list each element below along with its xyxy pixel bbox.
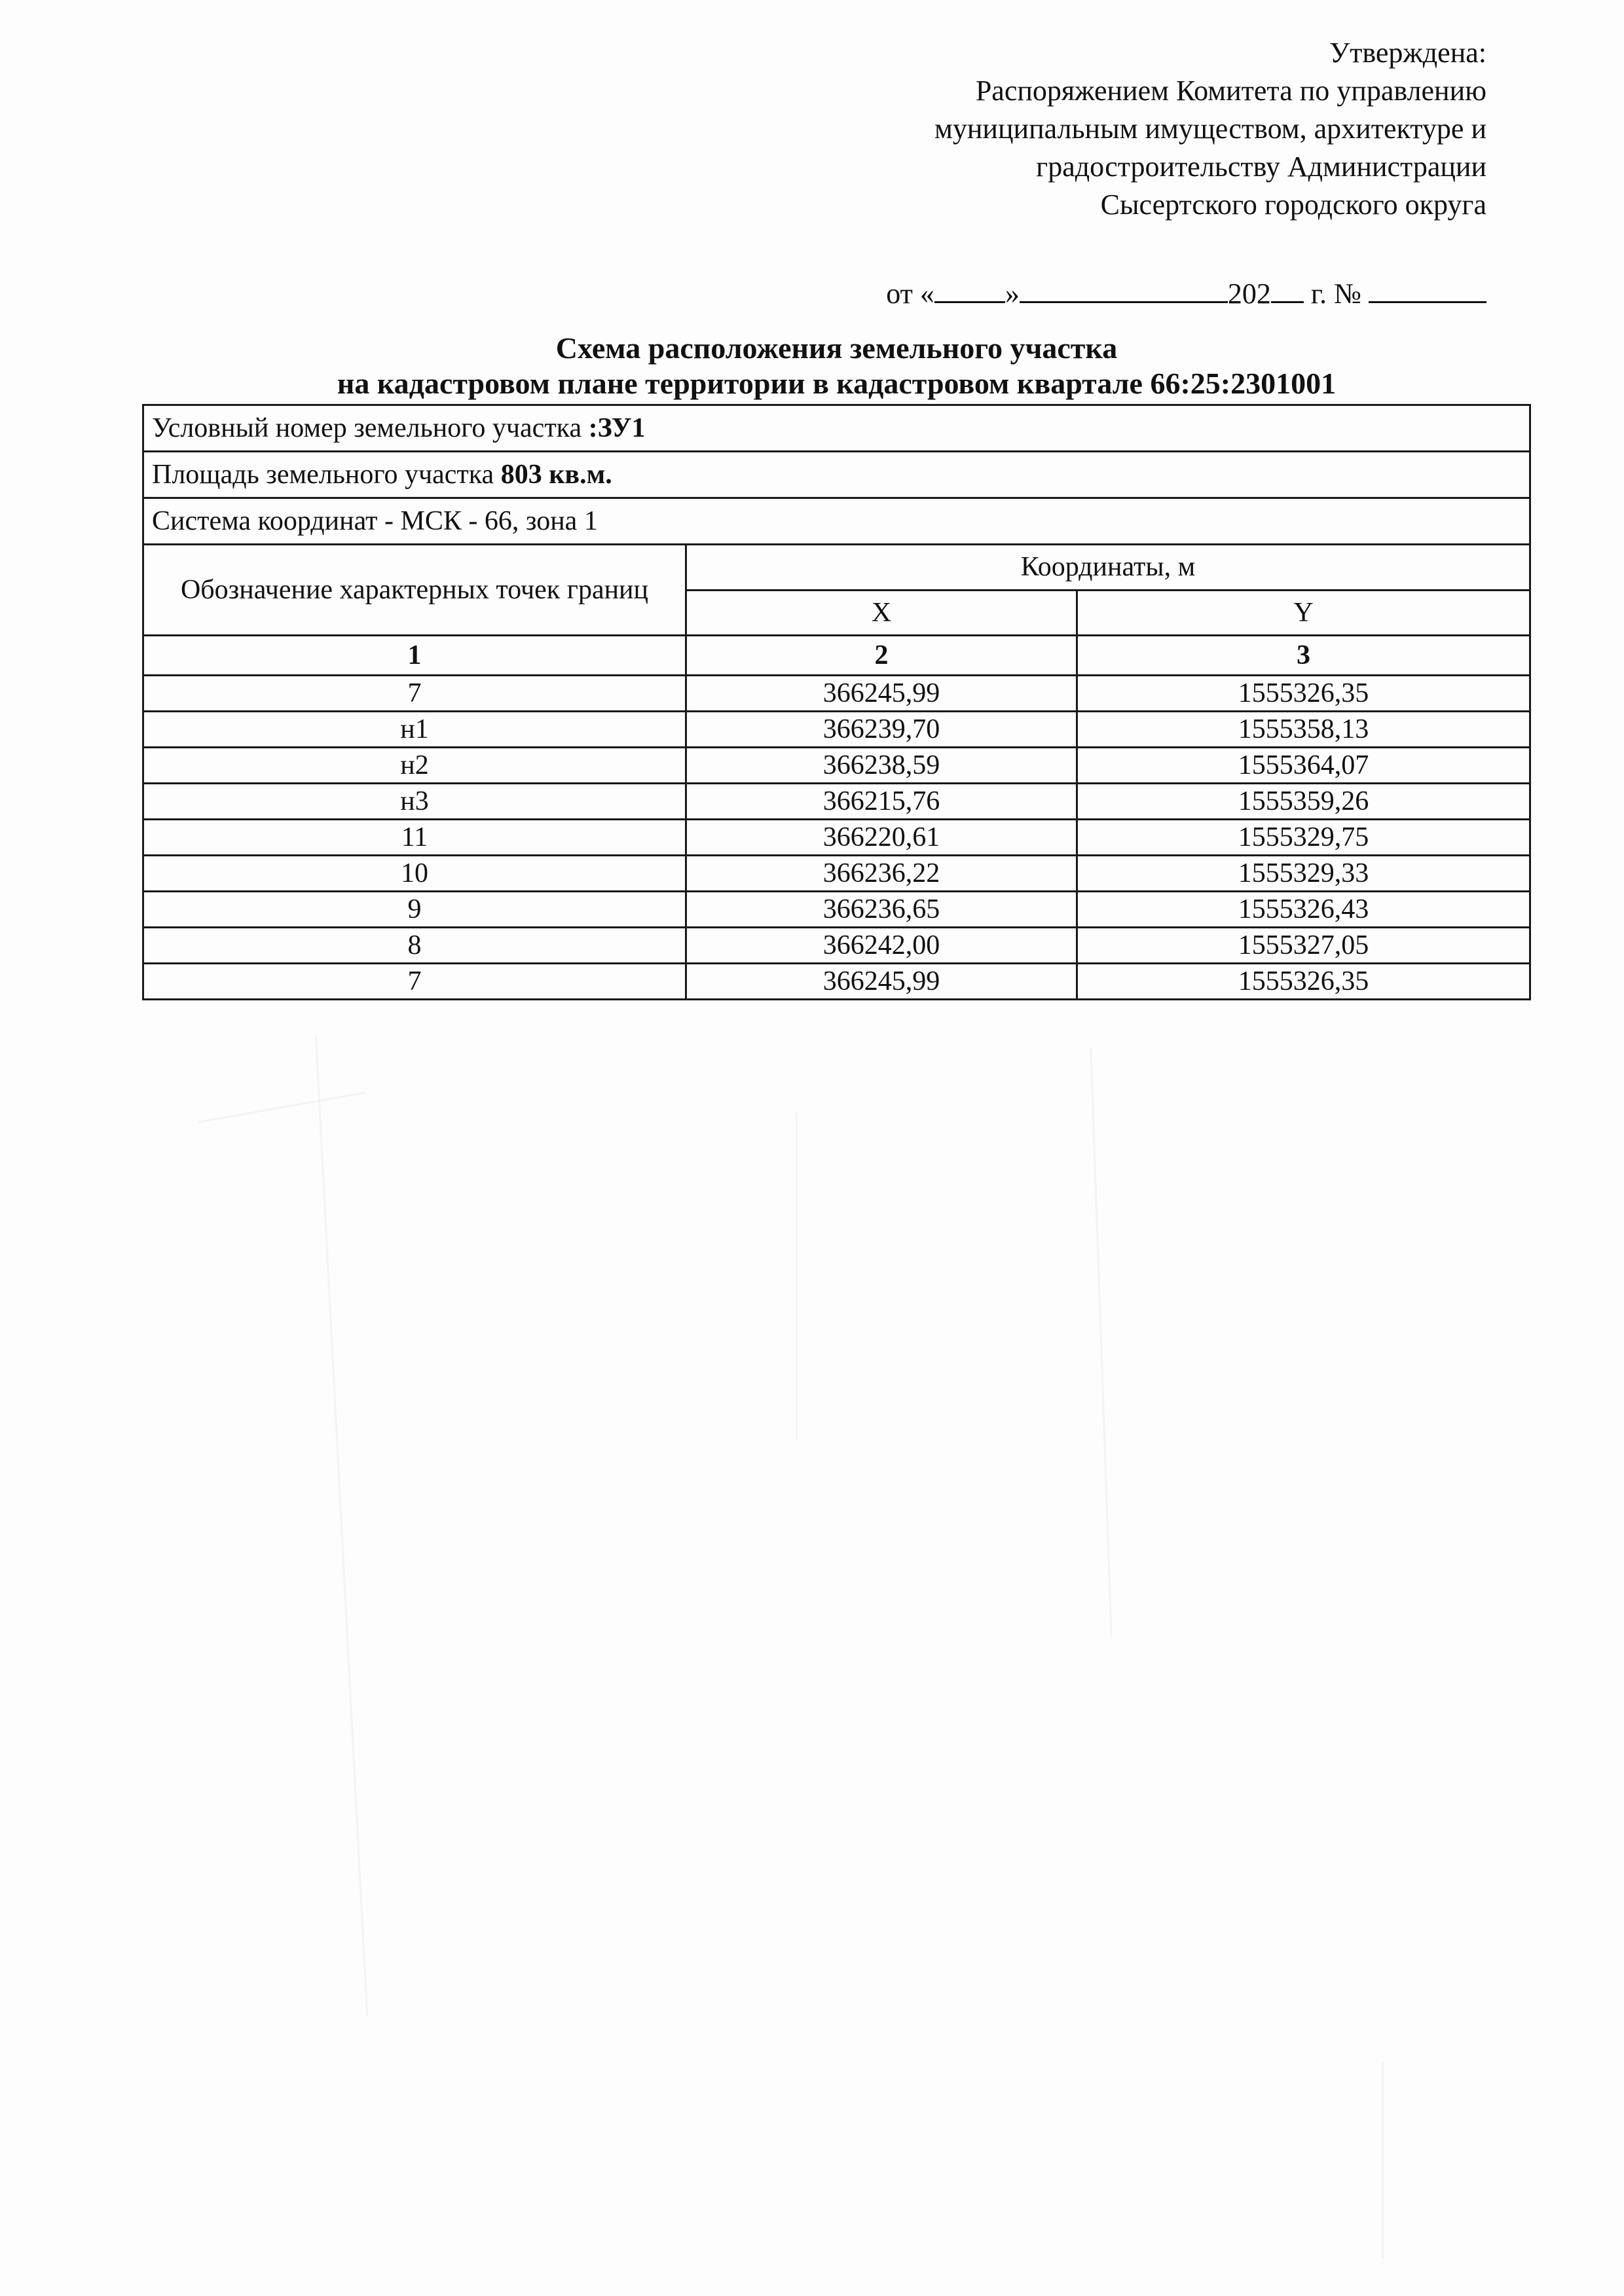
table-row: н1 366239,70 1555358,13 <box>143 712 1530 748</box>
document-page: Утверждена: Распоряжением Комитета по уп… <box>0 0 1624 2296</box>
parcel-area-label: Площадь земельного участка <box>152 460 501 490</box>
point-x: 366236,22 <box>686 856 1077 892</box>
bleed-through-line <box>1090 1048 1112 1637</box>
point-name: 10 <box>143 856 686 892</box>
table-row: 9 366236,65 1555326,43 <box>143 892 1530 928</box>
point-y: 1555326,43 <box>1077 892 1530 928</box>
date-number-line: от «»202 г. № <box>886 275 1486 310</box>
point-name: 9 <box>143 892 686 928</box>
document-number-blank-field[interactable] <box>1369 275 1486 303</box>
bleed-through-line <box>1382 2062 1384 2259</box>
parcel-area-value: 803 кв.м. <box>501 460 612 490</box>
point-y: 1555364,07 <box>1077 748 1530 784</box>
point-y: 1555326,35 <box>1077 964 1530 1000</box>
table-row: 8 366242,00 1555327,05 <box>143 928 1530 964</box>
approval-line: Утверждена: <box>934 34 1486 72</box>
parcel-number-label: Условный номер земельного участка <box>152 413 589 443</box>
month-blank-field[interactable] <box>1020 275 1228 303</box>
coordinate-system-row: Система координат - МСК - 66, зона 1 <box>143 498 1530 545</box>
approval-line: Распоряжением Комитета по управлению <box>934 72 1486 110</box>
header-points: Обозначение характерных точек границ <box>143 545 686 636</box>
point-x: 366215,76 <box>686 784 1077 820</box>
column-number: 3 <box>1077 636 1530 676</box>
parcel-area-row: Площадь земельного участка 803 кв.м. <box>143 452 1530 498</box>
point-name: 11 <box>143 820 686 856</box>
point-x: 366238,59 <box>686 748 1077 784</box>
column-number: 2 <box>686 636 1077 676</box>
table-row: н3 366215,76 1555359,26 <box>143 784 1530 820</box>
column-number-row: 1 2 3 <box>143 636 1530 676</box>
approval-line: муниципальным имуществом, архитектуре и <box>934 110 1486 148</box>
point-y: 1555326,35 <box>1077 676 1530 712</box>
date-prefix: от « <box>886 278 934 310</box>
point-x: 366239,70 <box>686 712 1077 748</box>
point-x: 366242,00 <box>686 928 1077 964</box>
point-y: 1555327,05 <box>1077 928 1530 964</box>
point-name: 8 <box>143 928 686 964</box>
bleed-through-line <box>315 1035 368 2016</box>
header-coordinates: Координаты, м <box>686 545 1530 591</box>
point-name: н1 <box>143 712 686 748</box>
point-x: 366245,99 <box>686 676 1077 712</box>
title-line-2: на кадастровом плане территории в кадаст… <box>142 366 1531 401</box>
day-blank-field[interactable] <box>934 275 1005 303</box>
year-prefix: 202 <box>1228 278 1271 310</box>
point-x: 366220,61 <box>686 820 1077 856</box>
table-row: н2 366238,59 1555364,07 <box>143 748 1530 784</box>
approval-line: Сысертского городского округа <box>934 186 1486 224</box>
approval-block: Утверждена: Распоряжением Комитета по уп… <box>934 34 1486 224</box>
approval-line: градостроительству Администрации <box>934 148 1486 186</box>
point-y: 1555359,26 <box>1077 784 1530 820</box>
number-label: г. № <box>1304 278 1361 310</box>
table-row: 10 366236,22 1555329,33 <box>143 856 1530 892</box>
year-blank-field[interactable] <box>1271 275 1304 303</box>
column-number: 1 <box>143 636 686 676</box>
point-name: н3 <box>143 784 686 820</box>
point-y: 1555329,33 <box>1077 856 1530 892</box>
parcel-number-value: :ЗУ1 <box>589 413 646 443</box>
point-name: н2 <box>143 748 686 784</box>
table-row: 11 366220,61 1555329,75 <box>143 820 1530 856</box>
point-name: 7 <box>143 964 686 1000</box>
title-line-1: Схема расположения земельного участка <box>142 331 1531 366</box>
quote-close: » <box>1005 278 1020 310</box>
table-row: 7 366245,99 1555326,35 <box>143 676 1530 712</box>
point-x: 366236,65 <box>686 892 1077 928</box>
table-row: 7 366245,99 1555326,35 <box>143 964 1530 1000</box>
header-x: X <box>686 590 1077 636</box>
point-y: 1555329,75 <box>1077 820 1530 856</box>
table-header-row: Обозначение характерных точек границ Коо… <box>143 545 1530 591</box>
point-x: 366245,99 <box>686 964 1077 1000</box>
point-y: 1555358,13 <box>1077 712 1530 748</box>
coordinates-table: Условный номер земельного участка :ЗУ1 П… <box>142 404 1531 1000</box>
header-y: Y <box>1077 590 1530 636</box>
coordinate-system-label: Система координат - МСК - 66, зона 1 <box>152 506 598 536</box>
point-name: 7 <box>143 676 686 712</box>
bleed-through-line <box>796 1113 798 1440</box>
parcel-number-row: Условный номер земельного участка :ЗУ1 <box>143 405 1530 452</box>
bleed-through-line <box>198 1091 366 1123</box>
document-title: Схема расположения земельного участка на… <box>142 331 1531 401</box>
